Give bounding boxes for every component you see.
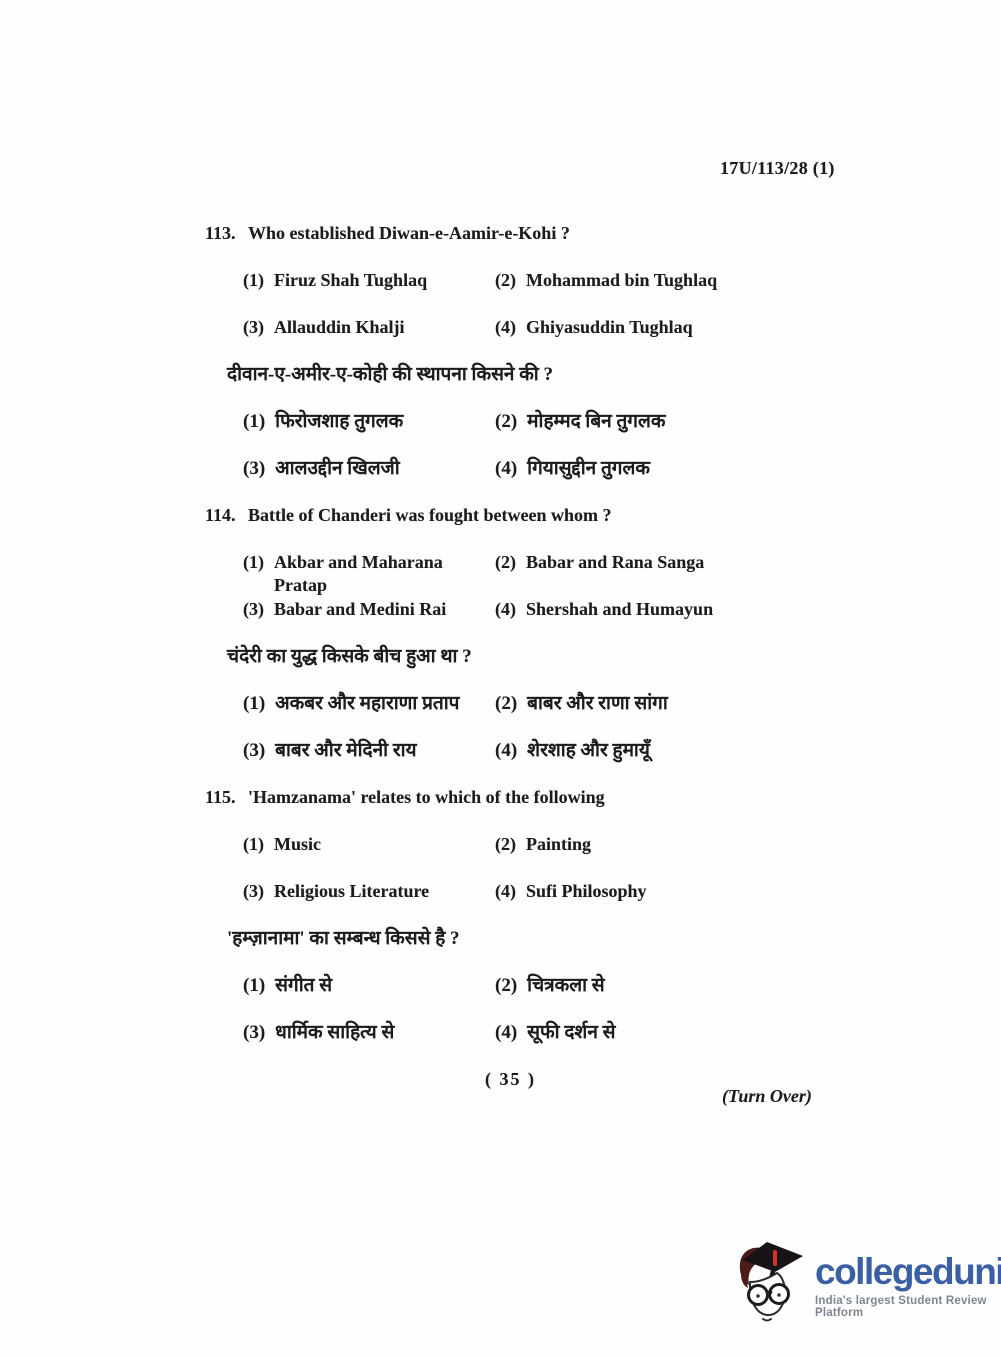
turn-over-note: (Turn Over) bbox=[722, 1086, 812, 1107]
options-row-hi: (1) संगीत से (2) चित्रकला से bbox=[205, 974, 865, 1021]
option: (1) फिरोजशाह तुगलक bbox=[243, 410, 495, 434]
question-text-en: 'Hamzanama' relates to which of the foll… bbox=[248, 786, 865, 809]
option-number: (4) bbox=[495, 1021, 517, 1045]
option: (4) Sufi Philosophy bbox=[495, 880, 865, 903]
option-number: (1) bbox=[243, 974, 265, 998]
options-row-hi: (1) अकबर और महाराणा प्रताप (2) बाबर और र… bbox=[205, 692, 865, 739]
option-text: Sufi Philosophy bbox=[526, 880, 647, 903]
question-number: 115. bbox=[205, 786, 248, 809]
option-text: Firuz Shah Tughlaq bbox=[274, 269, 427, 292]
option-number: (4) bbox=[495, 598, 516, 621]
options-row-hi: (1) फिरोजशाह तुगलक (2) मोहम्मद बिन तुगलक bbox=[205, 410, 865, 457]
option-text: शेरशाह और हुमायूँ bbox=[527, 739, 650, 763]
option-number: (3) bbox=[243, 316, 264, 339]
option: (3) बाबर और मेदिनी राय bbox=[243, 739, 495, 763]
option: (1) संगीत से bbox=[243, 974, 495, 998]
option-number: (1) bbox=[243, 269, 264, 292]
options-row-en: (1) Akbar and Maharana Pratap (2) Babar … bbox=[205, 551, 865, 598]
option-text: Babar and Rana Sanga bbox=[526, 551, 704, 574]
option: (2) Babar and Rana Sanga bbox=[495, 551, 865, 574]
option: (4) सूफी दर्शन से bbox=[495, 1021, 865, 1045]
question-text-hi: 'हम्ज़ानामा' का सम्बन्ध किससे है ? bbox=[205, 927, 865, 974]
option-text: चित्रकला से bbox=[527, 974, 604, 998]
question-number: 114. bbox=[205, 504, 248, 527]
option: (2) Painting bbox=[495, 833, 865, 856]
option: (3) Allauddin Khalji bbox=[243, 316, 495, 339]
option-number: (2) bbox=[495, 833, 516, 856]
option-text: Mohammad bin Tughlaq bbox=[526, 269, 717, 292]
option: (4) Shershah and Humayun bbox=[495, 598, 865, 621]
options-row-en: (3) Religious Literature (4) Sufi Philos… bbox=[205, 880, 865, 927]
option: (4) Ghiyasuddin Tughlaq bbox=[495, 316, 865, 339]
option-text: बाबर और राणा सांगा bbox=[527, 692, 668, 716]
options-row-en: (1) Firuz Shah Tughlaq (2) Mohammad bin … bbox=[205, 269, 865, 316]
option-text: सूफी दर्शन से bbox=[527, 1021, 615, 1045]
option-number: (1) bbox=[243, 551, 264, 596]
options-row-en: (3) Allauddin Khalji (4) Ghiyasuddin Tug… bbox=[205, 316, 865, 363]
collegedunia-logo: collegedunia .com India's largest Studen… bbox=[733, 1240, 1001, 1331]
logo-tagline: India's largest Student Review Platform bbox=[815, 1295, 1001, 1319]
option-text: Shershah and Humayun bbox=[526, 598, 713, 621]
option-number: (4) bbox=[495, 316, 516, 339]
question-text-en: Who established Diwan-e-Aamir-e-Kohi ? bbox=[248, 222, 865, 245]
exam-paper-page: 17U/113/28 (1) 113. Who established Diwa… bbox=[0, 0, 1001, 1356]
option: (2) मोहम्मद बिन तुगलक bbox=[495, 410, 865, 434]
question-number: 113. bbox=[205, 222, 248, 245]
option-text: Babar and Medini Rai bbox=[274, 598, 446, 621]
option-number: (3) bbox=[243, 739, 265, 763]
options-row-en: (1) Music (2) Painting bbox=[205, 833, 865, 880]
option-text: अकबर और महाराणा प्रताप bbox=[275, 692, 459, 716]
options-row-hi: (3) धार्मिक साहित्य से (4) सूफी दर्शन से bbox=[205, 1021, 865, 1068]
option: (3) धार्मिक साहित्य से bbox=[243, 1021, 495, 1045]
paper-code: 17U/113/28 (1) bbox=[720, 158, 835, 179]
option-number: (1) bbox=[243, 692, 265, 716]
option: (3) आलउद्दीन खिलजी bbox=[243, 457, 495, 481]
option: (3) Babar and Medini Rai bbox=[243, 598, 495, 621]
question-text-en: Battle of Chanderi was fought between wh… bbox=[248, 504, 865, 527]
option-text: संगीत से bbox=[275, 974, 332, 998]
option-number: (3) bbox=[243, 880, 264, 903]
option-text: धार्मिक साहित्य से bbox=[275, 1021, 394, 1045]
option-text: फिरोजशाह तुगलक bbox=[275, 410, 403, 434]
option-number: (3) bbox=[243, 1021, 265, 1045]
option-number: (4) bbox=[495, 880, 516, 903]
questions-content: 113. Who established Diwan-e-Aamir-e-Koh… bbox=[205, 222, 865, 1115]
option-number: (1) bbox=[243, 833, 264, 856]
option-number: (2) bbox=[495, 551, 516, 574]
option-text: बाबर और मेदिनी राय bbox=[275, 739, 416, 763]
option: (3) Religious Literature bbox=[243, 880, 495, 903]
logo-text: collegedunia .com India's largest Studen… bbox=[815, 1253, 1001, 1319]
option-text: Religious Literature bbox=[274, 880, 429, 903]
options-row-en: (3) Babar and Medini Rai (4) Shershah an… bbox=[205, 598, 865, 645]
option: (2) चित्रकला से bbox=[495, 974, 865, 998]
option-text: Ghiyasuddin Tughlaq bbox=[526, 316, 693, 339]
option: (2) बाबर और राणा सांगा bbox=[495, 692, 865, 716]
option-text: आलउद्दीन खिलजी bbox=[275, 457, 400, 481]
question-line-en: 113. Who established Diwan-e-Aamir-e-Koh… bbox=[205, 222, 865, 269]
option-number: (4) bbox=[495, 739, 517, 763]
collegedunia-mascot-icon bbox=[733, 1240, 807, 1331]
option-text: Painting bbox=[526, 833, 591, 856]
option-text: गियासुद्दीन तुगलक bbox=[527, 457, 650, 481]
logo-brand-name: collegedunia bbox=[815, 1253, 1001, 1290]
question-text-hi: चंदेरी का युद्ध किसके बीच हुआ था ? bbox=[205, 645, 865, 692]
option-number: (4) bbox=[495, 457, 517, 481]
option-text: मोहम्मद बिन तुगलक bbox=[527, 410, 665, 434]
option-number: (2) bbox=[495, 692, 517, 716]
option: (2) Mohammad bin Tughlaq bbox=[495, 269, 865, 292]
option-number: (2) bbox=[495, 269, 516, 292]
option-number: (3) bbox=[243, 457, 265, 481]
option-text: Allauddin Khalji bbox=[274, 316, 405, 339]
options-row-hi: (3) आलउद्दीन खिलजी (4) गियासुद्दीन तुगलक bbox=[205, 457, 865, 504]
question-line-en: 114. Battle of Chanderi was fought betwe… bbox=[205, 504, 865, 551]
option-number: (1) bbox=[243, 410, 265, 434]
option: (1) अकबर और महाराणा प्रताप bbox=[243, 692, 495, 716]
option: (1) Music bbox=[243, 833, 495, 856]
option: (4) शेरशाह और हुमायूँ bbox=[495, 739, 865, 763]
option: (1) Firuz Shah Tughlaq bbox=[243, 269, 495, 292]
question-line-en: 115. 'Hamzanama' relates to which of the… bbox=[205, 786, 865, 833]
question-text-hi: दीवान-ए-अमीर-ए-कोही की स्थापना किसने की … bbox=[205, 363, 865, 410]
option-number: (2) bbox=[495, 974, 517, 998]
option-number: (3) bbox=[243, 598, 264, 621]
option-text: Akbar and Maharana Pratap bbox=[274, 551, 487, 596]
option: (1) Akbar and Maharana Pratap bbox=[243, 551, 495, 596]
options-row-hi: (3) बाबर और मेदिनी राय (4) शेरशाह और हुम… bbox=[205, 739, 865, 786]
option: (4) गियासुद्दीन तुगलक bbox=[495, 457, 865, 481]
option-text: Music bbox=[274, 833, 321, 856]
option-number: (2) bbox=[495, 410, 517, 434]
